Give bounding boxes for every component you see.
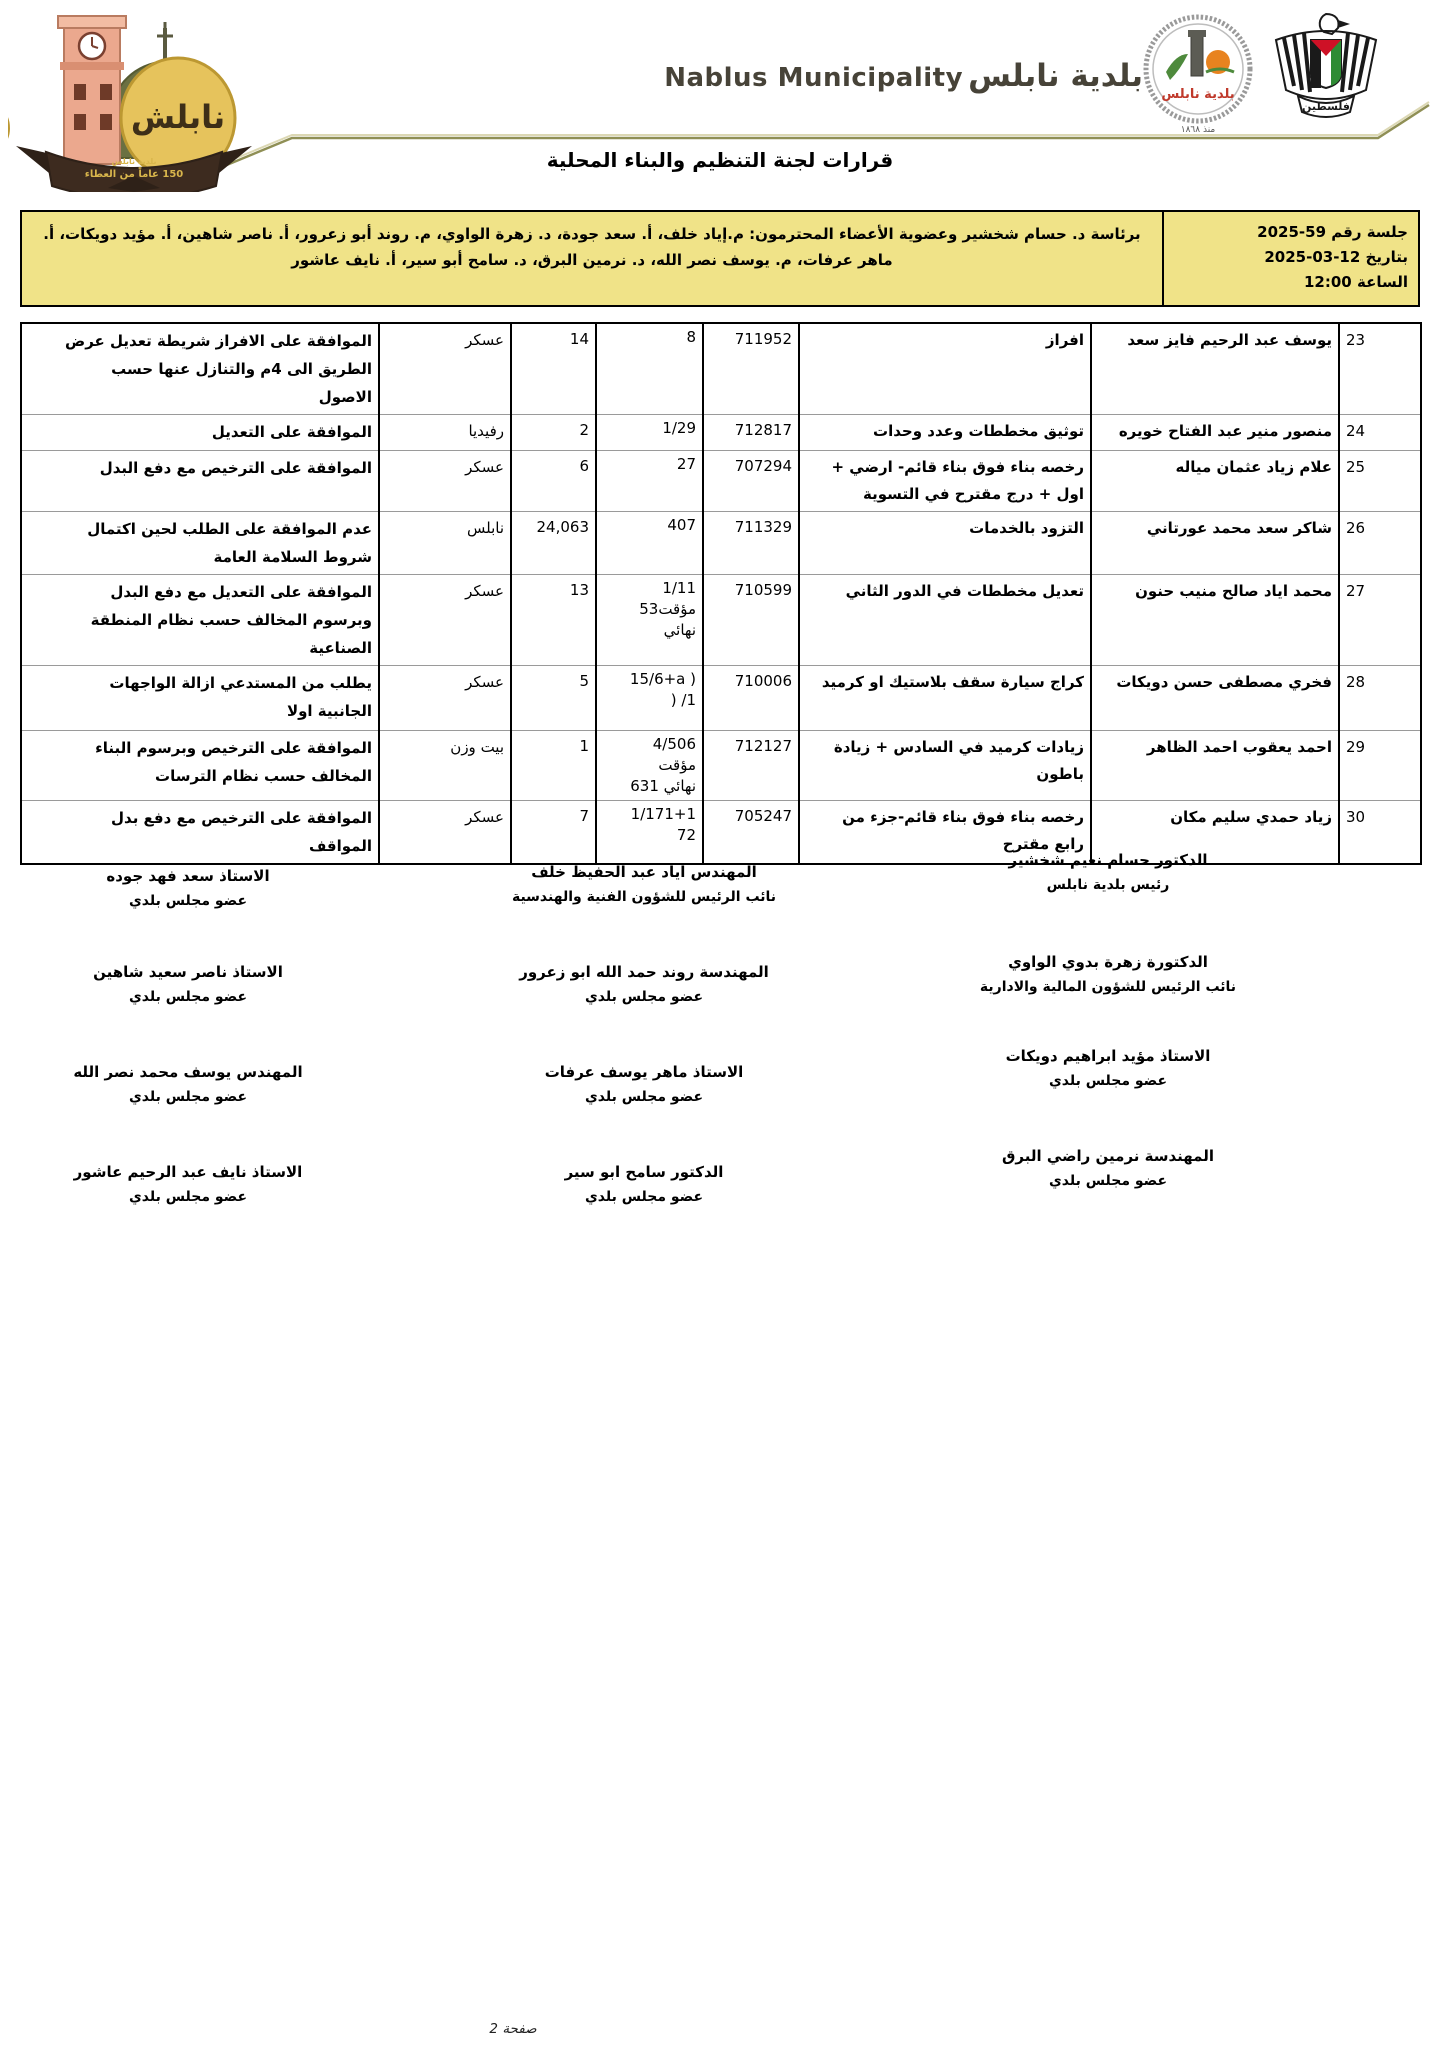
cell-subject: توثيق مخططات وعدد وحدات (799, 415, 1091, 451)
signature-block: المهندس اياد عبد الحفيظ خلفنائب الرئيس ل… (474, 860, 814, 910)
signature-name: الاستاذ ناصر سعيد شاهين (18, 960, 358, 985)
municipality-name: بلدية نابلس Nablus Municipality (664, 58, 1143, 94)
signature-role: عضو مجلس بلدي (474, 1085, 814, 1110)
signature-block: الدكتور سامح ابو سيرعضو مجلس بلدي (474, 1160, 814, 1210)
cell-decision: يطلب من المستدعي ازالة الواجهات الجانبية… (21, 666, 379, 731)
signature-role: نائب الرئيس للشؤون الفنية والهندسية (474, 885, 814, 910)
cell-decision: الموافقة على الترخيص مع دفع بدل المواقف (21, 801, 379, 865)
signature-role: عضو مجلس بلدي (18, 889, 358, 914)
signature-block: الدكتورة زهرة بدوي الواوينائب الرئيس للش… (938, 950, 1278, 1000)
cell-location: بيت وزن (379, 731, 511, 801)
session-number: جلسة رقم 59-2025 (1168, 220, 1408, 245)
table-row: 28فخري مصطفى حسن دويكاتكراج سيارة سقف بل… (21, 666, 1421, 731)
table-row: 26شاكر سعد محمد عورتانيالتزود بالخدمات71… (21, 512, 1421, 575)
signature-name: الاستاذ مؤيد ابراهيم دويكات (938, 1044, 1278, 1069)
cell-parcel: 27 (596, 451, 703, 512)
signature-name: الاستاذ سعد فهد جوده (18, 864, 358, 889)
signature-role: عضو مجلس بلدي (474, 1185, 814, 1210)
signature-block: الاستاذ ناصر سعيد شاهينعضو مجلس بلدي (18, 960, 358, 1010)
cell-num: 29 (1339, 731, 1421, 801)
svg-text:نابلش: نابلش (131, 98, 225, 136)
cell-num: 24 (1339, 415, 1421, 451)
cell-decision: الموافقة على التعديل مع دفع البدل وبرسوم… (21, 575, 379, 666)
table-row: 24منصور منير عبد الفتاح خويرهتوثيق مخططا… (21, 415, 1421, 451)
municipality-seal: بلدية نابلس منذ ١٨٦٨ (1140, 14, 1256, 136)
cell-file: 710599 (703, 575, 799, 666)
table-row: 23يوسف عبد الرحيم فايز سعدافراز711952814… (21, 323, 1421, 415)
cell-block: 14 (511, 323, 596, 415)
cell-name: علام زياد عثمان مياله (1091, 451, 1339, 512)
cell-location: عسكر (379, 451, 511, 512)
cell-name: منصور منير عبد الفتاح خويره (1091, 415, 1339, 451)
municipality-name-arabic: بلدية نابلس (968, 58, 1143, 94)
cell-block: 7 (511, 801, 596, 865)
cell-file: 712817 (703, 415, 799, 451)
cell-block: 5 (511, 666, 596, 731)
svg-text:بلدية نابلس: بلدية نابلس (1161, 87, 1234, 102)
signature-name: المهندس اياد عبد الحفيظ خلف (474, 860, 814, 885)
cell-file: 705247 (703, 801, 799, 865)
cell-block: 6 (511, 451, 596, 512)
cell-parcel: 1/171+1 72 (596, 801, 703, 865)
cell-subject: رخصه بناء فوق بناء قائم- ارضي + اول + در… (799, 451, 1091, 512)
cell-subject: زيادات كرميد في السادس + زيادة باطون (799, 731, 1091, 801)
session-attendees: برئاسة د. حسام شخشير وعضوية الأعضاء المح… (22, 212, 1162, 305)
cell-parcel: 8 (596, 323, 703, 415)
page-number: 2 (489, 2021, 498, 2037)
table-row: 27محمد اياد صالح منيب حنونتعديل مخططات ف… (21, 575, 1421, 666)
cell-num: 27 (1339, 575, 1421, 666)
svg-text:فلسطين: فلسطين (1302, 100, 1350, 113)
session-time: الساعة 12:00 (1168, 270, 1408, 295)
cell-num: 25 (1339, 451, 1421, 512)
cell-file: 707294 (703, 451, 799, 512)
signature-block: الاستاذ ماهر يوسف عرفاتعضو مجلس بلدي (474, 1060, 814, 1110)
cell-name: يوسف عبد الرحيم فايز سعد (1091, 323, 1339, 415)
cell-block: 2 (511, 415, 596, 451)
signature-name: المهندس يوسف محمد نصر الله (18, 1060, 358, 1085)
session-date: بتاريخ 12-03-2025 (1168, 245, 1408, 270)
cell-block: 1 (511, 731, 596, 801)
cell-subject: افراز (799, 323, 1091, 415)
cell-decision: الموافقة على الترخيص وبرسوم البناء المخا… (21, 731, 379, 801)
cell-parcel: 4/506 مؤقت 631 نهائي (596, 731, 703, 801)
cell-subject: كراج سيارة سقف بلاستيك او كرميد (799, 666, 1091, 731)
page-label: صفحة (502, 2021, 536, 2037)
cell-name: شاكر سعد محمد عورتاني (1091, 512, 1339, 575)
cell-file: 711952 (703, 323, 799, 415)
signature-name: الاستاذ نايف عبد الرحيم عاشور (18, 1160, 358, 1185)
signature-role: عضو مجلس بلدي (938, 1069, 1278, 1094)
cell-decision: عدم الموافقة على الطلب لحين اكتمال شروط … (21, 512, 379, 575)
signature-role: نائب الرئيس للشؤون المالية والادارية (938, 975, 1278, 1000)
svg-text:15: 15 (8, 59, 16, 176)
cell-location: عسكر (379, 666, 511, 731)
signature-block: الاستاذ سعد فهد جودهعضو مجلس بلدي (18, 864, 358, 914)
cell-parcel: 1/11 مؤقت53 نهائي (596, 575, 703, 666)
signature-name: الاستاذ ماهر يوسف عرفات (474, 1060, 814, 1085)
cell-decision: الموافقة على التعديل (21, 415, 379, 451)
cell-name: احمد يعقوب احمد الظاهر (1091, 731, 1339, 801)
municipality-name-english: Nablus Municipality (664, 63, 963, 93)
cell-file: 710006 (703, 666, 799, 731)
cell-name: محمد اياد صالح منيب حنون (1091, 575, 1339, 666)
signature-block: المهندسة نرمين راضي البرقعضو مجلس بلدي (938, 1144, 1278, 1194)
svg-text:منذ ١٨٦٨: منذ ١٨٦٨ (1181, 125, 1216, 135)
cell-num: 28 (1339, 666, 1421, 731)
signature-role: عضو مجلس بلدي (938, 1169, 1278, 1194)
signature-role: عضو مجلس بلدي (18, 985, 358, 1010)
session-bar: جلسة رقم 59-2025 بتاريخ 12-03-2025 الساع… (20, 210, 1420, 307)
signature-name: الدكتور حسام نعيم شخشير (938, 848, 1278, 873)
signature-name: الدكتور سامح ابو سير (474, 1160, 814, 1185)
cell-num: 26 (1339, 512, 1421, 575)
signature-block: المهندسة روند حمد الله ابو زعرورعضو مجلس… (474, 960, 814, 1010)
signature-block: المهندس يوسف محمد نصر اللهعضو مجلس بلدي (18, 1060, 358, 1110)
table-row: 25علام زياد عثمان ميالهرخصه بناء فوق بنا… (21, 451, 1421, 512)
cell-location: رفيديا (379, 415, 511, 451)
cell-block: 24,063 (511, 512, 596, 575)
cell-num: 23 (1339, 323, 1421, 415)
signature-name: المهندسة نرمين راضي البرق (938, 1144, 1278, 1169)
cell-subject: التزود بالخدمات (799, 512, 1091, 575)
cell-location: عسكر (379, 801, 511, 865)
cell-file: 712127 (703, 731, 799, 801)
cell-decision: الموافقة على الافراز شريطة تعديل عرض الط… (21, 323, 379, 415)
signature-role: عضو مجلس بلدي (18, 1185, 358, 1210)
cell-parcel: 1/29 (596, 415, 703, 451)
cell-location: عسكر (379, 575, 511, 666)
document-title: قرارات لجنة التنظيم والبناء المحلية (20, 148, 1420, 172)
signature-role: عضو مجلس بلدي (18, 1085, 358, 1110)
cell-parcel: 15/6+a ) ) /1 (596, 666, 703, 731)
cell-name: فخري مصطفى حسن دويكات (1091, 666, 1339, 731)
cell-parcel: 407 (596, 512, 703, 575)
session-info: جلسة رقم 59-2025 بتاريخ 12-03-2025 الساع… (1162, 212, 1418, 305)
page-footer: صفحة 2 (468, 2021, 558, 2037)
attendees-line-1: برئاسة د. حسام شخشير وعضوية الأعضاء المح… (22, 221, 1162, 247)
signature-block: الاستاذ نايف عبد الرحيم عاشورعضو مجلس بل… (18, 1160, 358, 1210)
table-row: 29احمد يعقوب احمد الظاهرزيادات كرميد في … (21, 731, 1421, 801)
cell-file: 711329 (703, 512, 799, 575)
cell-num: 30 (1339, 801, 1421, 865)
cell-decision: الموافقة على الترخيص مع دفع البدل (21, 451, 379, 512)
attendees-line-2: ماهر عرفات، م. يوسف نصر الله، د. نرمين ا… (22, 247, 1162, 273)
cell-block: 13 (511, 575, 596, 666)
signature-block: الدكتور حسام نعيم شخشيررئيس بلدية نابلس (938, 848, 1278, 898)
signature-block: الاستاذ مؤيد ابراهيم دويكاتعضو مجلس بلدي (938, 1044, 1278, 1094)
palestine-eagle-emblem: فلسطين (1258, 12, 1394, 124)
cell-location: عسكر (379, 323, 511, 415)
cell-subject: تعديل مخططات في الدور الثاني (799, 575, 1091, 666)
signature-role: عضو مجلس بلدي (474, 985, 814, 1010)
decisions-table: 23يوسف عبد الرحيم فايز سعدافراز711952814… (20, 322, 1422, 865)
signature-name: الدكتورة زهرة بدوي الواوي (938, 950, 1278, 975)
signature-name: المهندسة روند حمد الله ابو زعرور (474, 960, 814, 985)
cell-location: نابلس (379, 512, 511, 575)
signature-role: رئيس بلدية نابلس (938, 873, 1278, 898)
document-page: 15 نابلش بلدية نابلس 150 عاماً من العطاء… (0, 0, 1439, 2048)
